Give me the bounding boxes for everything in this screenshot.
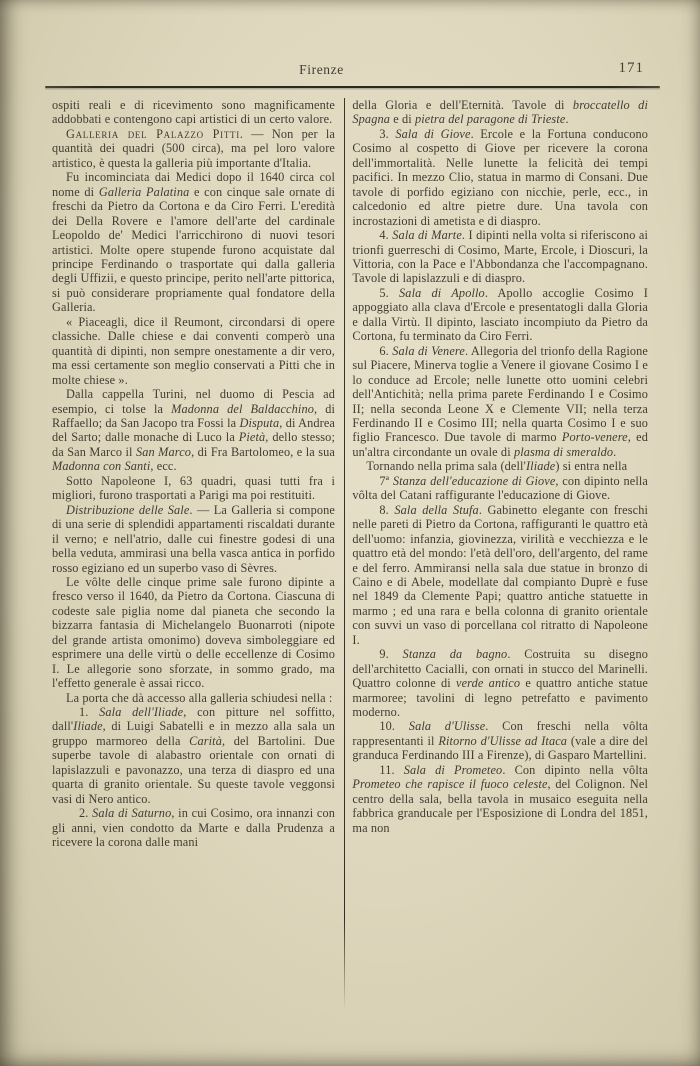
text-segment: .	[613, 445, 616, 459]
text-segment: Sala di Venere	[392, 344, 465, 358]
text-segment: 4.	[379, 228, 392, 242]
text-segment: 7ª	[379, 474, 392, 488]
text-segment: Stanza da bagno	[403, 647, 508, 661]
column-divider	[344, 98, 345, 1010]
text-segment: 10.	[379, 719, 408, 733]
text-columns: ospiti reali e di ricevimento sono magni…	[52, 98, 648, 1010]
paragraph: Tornando nella prima sala (dell'Iliade) …	[352, 459, 648, 473]
paragraph: Dalla cappella Turini, nel duomo di Pesc…	[52, 387, 335, 474]
text-segment: Sala di Marte	[392, 228, 462, 242]
text-segment: pietra del paragone di Trieste	[415, 112, 565, 126]
paragraph: 2. Sala di Saturno, in cui Cosimo, ora i…	[52, 806, 335, 849]
book-page: Firenze 171 ospiti reali e di riceviment…	[0, 0, 700, 1066]
text-segment: Madonna del Baldacchino	[171, 402, 314, 416]
text-segment: Sala dell'Iliade	[99, 705, 183, 719]
text-segment: 3.	[379, 127, 395, 141]
text-segment: Porto-venere	[562, 430, 628, 444]
text-segment: Galleria del Palazzo Pitti	[66, 127, 240, 141]
paragraph: Fu incominciata dai Medici dopo il 1640 …	[52, 170, 335, 315]
text-segment: Disputa	[239, 416, 279, 430]
paragraph: ospiti reali e di ricevimento sono magni…	[52, 98, 335, 127]
text-segment: della Gloria e dell'Eternità. Tavole di	[352, 98, 573, 112]
text-segment: 1.	[79, 705, 99, 719]
paragraph: Distribuzione delle Sale. — La Galleria …	[52, 503, 335, 575]
text-segment: plasma di smeraldo	[514, 445, 613, 459]
text-segment: Sala di Apollo	[399, 286, 485, 300]
text-segment: 6.	[379, 344, 392, 358]
text-segment: Prometeo che rapisce il fuoco celeste	[352, 777, 547, 791]
text-segment: Pietà	[239, 430, 266, 444]
text-segment: e con cinque sale ornate di freschi da P…	[52, 185, 335, 315]
text-segment: Iliade	[73, 719, 102, 733]
text-segment: Stanza dell'educazione di Giove	[393, 474, 556, 488]
text-segment: . Allegoria del trionfo della Ragione su…	[352, 344, 648, 445]
paragraph: Le vôlte delle cinque prime sale furono …	[52, 575, 335, 691]
paragraph: 7ª Stanza dell'educazione di Giove, con …	[352, 474, 648, 503]
text-segment: verde antico	[456, 676, 520, 690]
text-segment: Distribuzione delle Sale	[66, 503, 189, 517]
paragraph: « Piaceagli, dice il Reumont, circondars…	[52, 315, 335, 387]
paragraph: 4. Sala di Marte. I dipinti nella volta …	[352, 228, 648, 286]
page-number: 171	[619, 60, 645, 77]
text-segment: 2.	[79, 806, 92, 820]
paragraph: 9. Stanza da bagno. Costruita su disegno…	[352, 647, 648, 719]
header-rule	[45, 86, 660, 88]
paragraph: 1. Sala dell'Iliade, con pitture nel sof…	[52, 705, 335, 806]
paragraph: 3. Sala di Giove. Ercole e la Fortuna co…	[352, 127, 648, 228]
text-segment: 8.	[379, 503, 394, 517]
left-column: ospiti reali e di ricevimento sono magni…	[52, 98, 335, 850]
text-segment: Ritorno d'Ulisse ad Itaca	[438, 734, 567, 748]
running-head: Firenze 171	[45, 62, 658, 82]
text-segment: e di	[390, 112, 415, 126]
text-segment: . Ercole e la Fortuna conducono Cosimo a…	[352, 127, 648, 228]
page-title: Firenze	[45, 62, 598, 78]
text-segment: Sala di Prometeo	[404, 763, 503, 777]
text-segment: 9.	[379, 647, 402, 661]
paragraph: Galleria del Palazzo Pitti. — Non per la…	[52, 127, 335, 170]
paragraph: 5. Sala di Apollo. Apollo accoglie Cosim…	[352, 286, 648, 344]
text-segment: ospiti reali e di ricevimento sono magni…	[52, 98, 335, 126]
paragraph: 6. Sala di Venere. Allegoria del trionfo…	[352, 344, 648, 460]
text-segment: Sala di Giove	[395, 127, 470, 141]
text-segment: 5.	[379, 286, 399, 300]
right-column: della Gloria e dell'Eternità. Tavole di …	[352, 98, 648, 835]
paragraph: 8. Sala della Stufa. Gabinetto elegante …	[352, 503, 648, 648]
text-segment: Iliade	[526, 459, 555, 473]
paragraph: della Gloria e dell'Eternità. Tavole di …	[352, 98, 648, 127]
paragraph: 10. Sala d'Ulisse. Con freschi nella vôl…	[352, 719, 648, 762]
text-segment: Sotto Napoleone I, 63 quadri, quasi tutt…	[52, 474, 335, 502]
paragraph: 11. Sala di Prometeo. Con dipinto nella …	[352, 763, 648, 835]
paragraph: La porta che dà accesso alla galleria sc…	[52, 691, 335, 705]
text-segment: , ecc.	[150, 459, 176, 473]
text-segment: Sala d'Ulisse	[409, 719, 486, 733]
text-segment: . Con dipinto nella vôlta	[502, 763, 648, 777]
text-segment: . Gabinetto elegante con freschi nelle p…	[352, 503, 648, 647]
text-segment: Sala della Stufa	[394, 503, 478, 517]
paragraph: Sotto Napoleone I, 63 quadri, quasi tutt…	[52, 474, 335, 503]
text-segment: « Piaceagli, dice il Reumont, circondars…	[52, 315, 335, 387]
text-segment: Sala di Saturno	[92, 806, 171, 820]
text-segment: San Marco	[136, 445, 191, 459]
text-segment: La porta che dà accesso alla galleria sc…	[66, 691, 332, 705]
text-segment: Galleria Palatina	[99, 185, 190, 199]
text-segment: Le vôlte delle cinque prime sale furono …	[52, 575, 335, 690]
text-segment: Tornando nella prima sala (dell'	[366, 459, 526, 473]
text-segment: , di Fra Bartolomeo, e la sua	[191, 445, 335, 459]
text-segment: 11.	[379, 763, 403, 777]
text-segment: ) si entra nella	[555, 459, 627, 473]
text-segment: Madonna con Santi	[52, 459, 150, 473]
text-segment: .	[565, 112, 568, 126]
text-segment: Carità	[189, 734, 222, 748]
